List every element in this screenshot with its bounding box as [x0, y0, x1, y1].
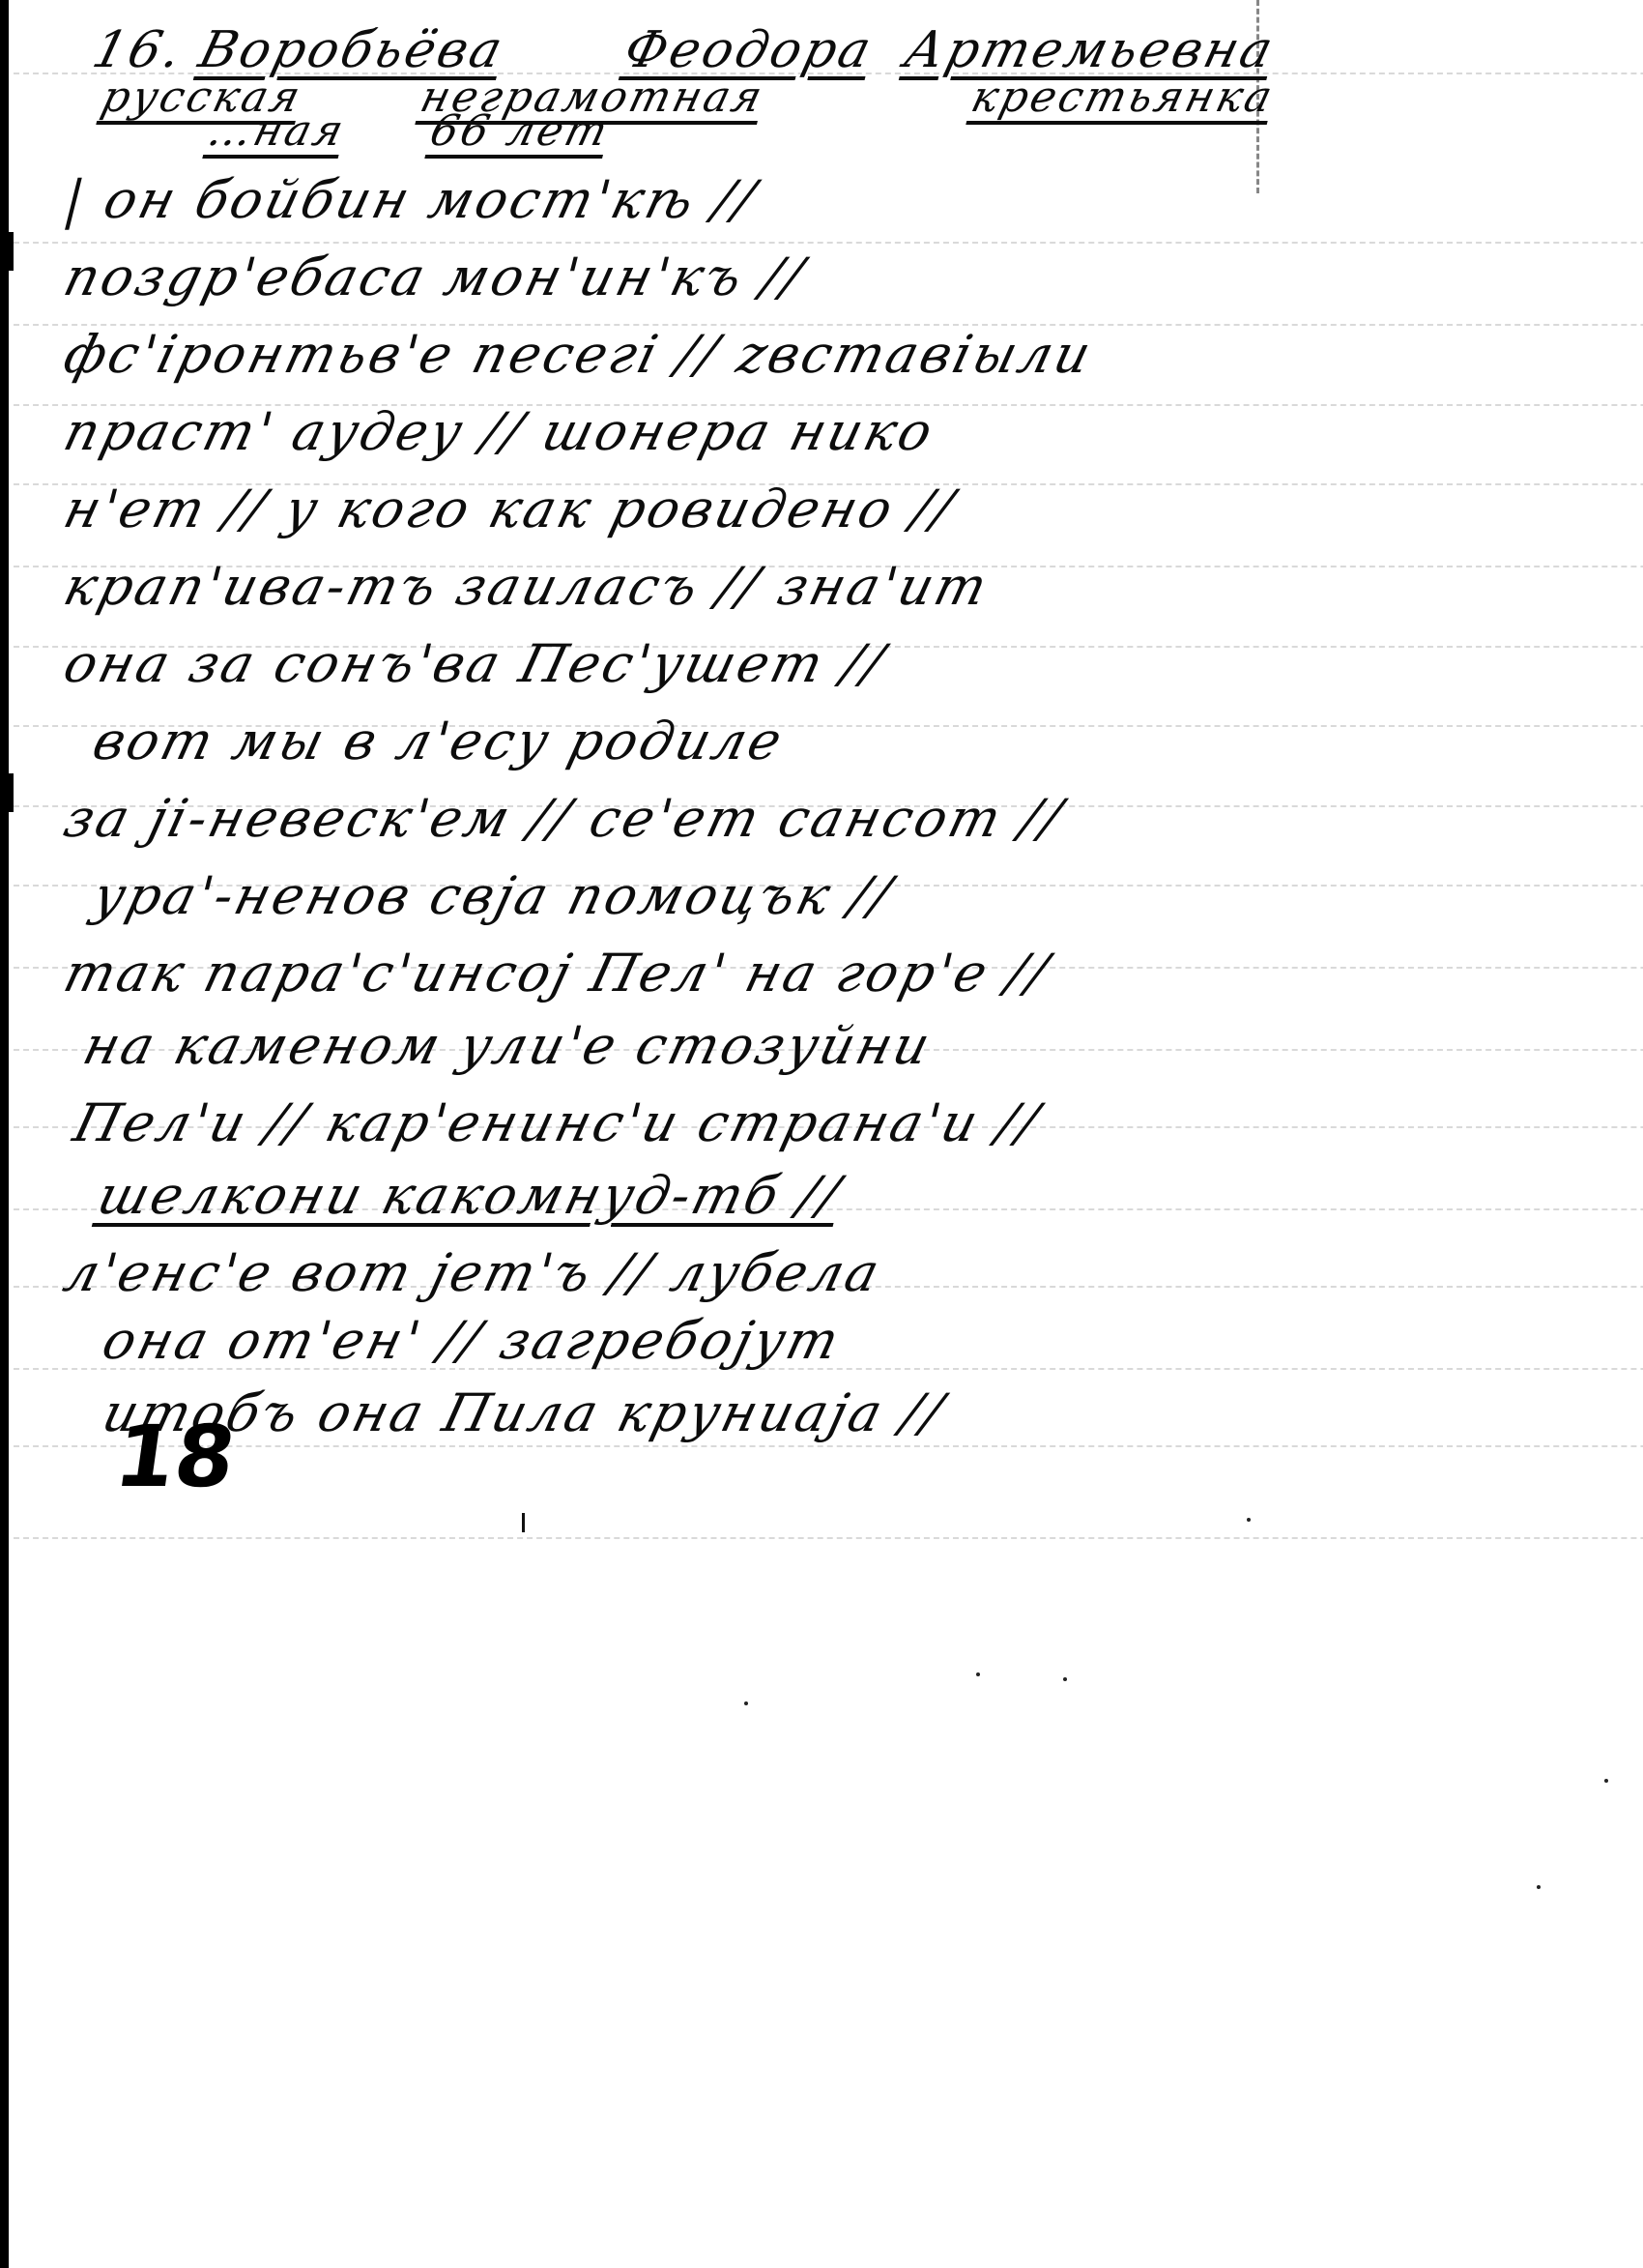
scan-border-notch [0, 232, 14, 271]
occupation: крестьянка [966, 73, 1280, 122]
patronymic: Артемьевна [899, 21, 1281, 79]
text-line: за ji-невеск'ем // се'ет сансот // [58, 788, 1070, 849]
text-line: фс'ipонтьв'е песегi // zвставiыли [58, 324, 1100, 385]
scan-speck [1063, 1677, 1067, 1681]
entry-number: 16. [87, 21, 190, 79]
scan-speck [744, 1701, 748, 1705]
header-continuation: …ная [203, 106, 351, 156]
text-line: ура'-ненов свја помоцък // [87, 865, 900, 926]
scan-speck [1604, 1779, 1608, 1783]
scan-border-notch [0, 773, 14, 812]
text-line: так пара'с'инсој Пел' на гор'е // [58, 943, 1056, 1003]
text-line: на каменом ули'е стозуйни [77, 1015, 938, 1076]
text-line: она от'ен' // загребојут [97, 1310, 848, 1371]
text-line: | он бойбин мост'кѣ // [58, 169, 764, 230]
scan-left-border [0, 0, 9, 2268]
text-line: шелкони какомнуд-тб // [92, 1165, 849, 1226]
text-line: она за сонъ'ва Пес'ушет // [58, 633, 892, 694]
text-line: вот мы в л'есу родиле [87, 711, 791, 771]
scan-speck [1247, 1518, 1251, 1522]
ruled-line [14, 1445, 1643, 1447]
age: 66 лет [425, 106, 615, 156]
text-line: прасm' аудеу // шонера нико [58, 401, 941, 462]
surname: Воробьёва [193, 21, 510, 79]
text-line: л'енс'е вот јет'ъ // лубела [58, 1242, 888, 1303]
text-line: крап'ива-тъ заиласъ // зна'ит [58, 556, 995, 617]
page-number: 18 [109, 1407, 242, 1506]
text-line: н'ет // у кого как ровидено // [58, 479, 962, 539]
scan-speck [1537, 1885, 1541, 1889]
first-name: Феодора [619, 21, 879, 79]
ruled-line [14, 1537, 1643, 1539]
stray-mark [522, 1513, 525, 1532]
text-line: Пел'и // кар'енинс'и страна'и // [68, 1092, 1047, 1153]
text-line: позgр'ебаса мон'ин'къ // [58, 247, 812, 307]
scan-speck [976, 1672, 980, 1676]
ruled-line [14, 242, 1643, 244]
